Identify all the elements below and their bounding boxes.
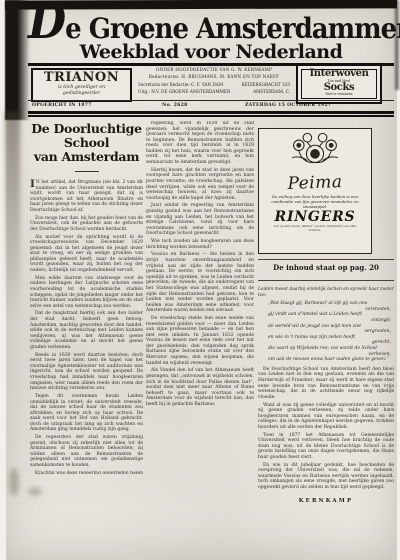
- paragraph: De Doorluchtige School van Amsterdam hee…: [258, 367, 394, 400]
- article-column-1: De Doorluchtige School van Amsterdam IN …: [30, 122, 143, 474]
- founded-label: OPGERICHT IN 1877: [32, 103, 92, 108]
- paragraph: Als motief voor de oprichting wordt in d…: [30, 235, 143, 274]
- interwoven-ad-brand: Interwoven: [298, 69, 380, 79]
- paragraph: Toen in 1877 het Athenaeum tot Gemeentel…: [258, 433, 394, 461]
- secretary-line: Secretaris der Redactie: C. F. VAN DAM K…: [137, 83, 291, 87]
- paragraph: Tegen dit voornemen kwam Leiden onmiddel…: [30, 394, 143, 433]
- trianon-ad-tagline: is tóch gezelliger en gedistingeerder: [33, 85, 130, 96]
- paragraph: De vroedschap stelde hun eene wedde van …: [146, 316, 254, 366]
- contents-note: De inhoud staat op pag. 20: [258, 263, 394, 272]
- article-column-3: Leiden moest daarbij eindelijk lachen en…: [258, 287, 394, 504]
- article-column-2: regeering, werd in 1630 uit de stad gewe…: [146, 121, 254, 461]
- masthead-title: De Groene Amsterdammer: [28, 9, 394, 46]
- paragraph: Wie toch zouden als hoogleeraren aan dez…: [146, 239, 254, 250]
- trianon-ad-title: TRIANON: [33, 71, 130, 85]
- secretary-name: Secretaris der Redactie: C. F. VAN DAM: [138, 83, 223, 87]
- paragraph: Krachtig was deze regeering opgetreden t…: [30, 471, 143, 474]
- contents-rule-bottom: [258, 280, 394, 281]
- paragraph: Vossius en Barlaeus — die beiden in den …: [146, 252, 254, 313]
- interwoven-ad-slogan: Niet te evenaren: [298, 92, 380, 96]
- verse-block: „Wat klaagt gij, Barlaeus? al zijt gij v…: [258, 301, 394, 363]
- ringers-ad-footnote: Let op den naam „Peima” op den onderkant…: [259, 224, 371, 232]
- issue-number: No. 2628: [162, 103, 188, 108]
- office-address: KEIZERSGRACHT 333: [242, 83, 290, 87]
- paragraph: Zoo moge hier dan, bij het gouden feest …: [30, 216, 143, 233]
- info-bar: OPGERICHT IN 1877 No. 2628 ZATERDAG 15 O…: [30, 101, 392, 110]
- headline-divider: [75, 171, 99, 172]
- scan-smudge: [28, 487, 42, 496]
- scan-left-shadow: [5, 0, 30, 120]
- contents-rule-top: [258, 259, 394, 260]
- paragraph: Men wilde daarom van stadswege voor de o…: [30, 276, 143, 309]
- paragraph: IN het artikel, dat Brugmans (zie blz. 2…: [30, 180, 143, 213]
- ringers-ad-body: De vulling van deze heerlijke bonbon is …: [259, 192, 371, 209]
- info-bar-rule-bottom-a: [28, 111, 394, 114]
- publisher-name: Uitg.: N.V. DE GROENE AMSTERDAMMER: [138, 90, 230, 94]
- publisher-line: Uitg.: N.V. DE GROENE AMSTERDAMMER AMSTE…: [137, 90, 291, 94]
- scan-left-smudge: [5, 112, 20, 322]
- article-title-line1: De Doorluchtige School: [30, 122, 143, 150]
- verse-line: om aan de nieuwe eeuw haar ouden glans t…: [268, 357, 391, 363]
- interwoven-ad-box: Interwoven Toe and Heel Socks Niet te ev…: [296, 64, 382, 104]
- ringers-brand-name: RINGERS: [259, 210, 371, 224]
- paragraph: Want al was zij geene volledige universi…: [258, 403, 394, 431]
- masthead-subtitle: Weekblad voor Nederland: [28, 41, 394, 63]
- ringers-product-name: Peima: [259, 173, 372, 194]
- interwoven-ad-product: Socks: [298, 83, 380, 92]
- chief-editor-line: ONDER HOOFDREDACTIE VAN G. W. KERNKAMP: [137, 68, 291, 72]
- ringers-ad-box: Peima De vulling van deze heerlijke bonb…: [258, 128, 372, 254]
- verse-line: die vaart op Wijsheids ree; zoo wordt de…: [268, 346, 391, 352]
- editors-line: Redacteuren: H. BRUGMANS, M. KANN EN TOP…: [137, 75, 291, 79]
- paragraph: Dat de magistraat hierbij ook aan den lu…: [30, 311, 143, 350]
- verse-intro: Leiden moest daarbij eindelijk lachen en…: [258, 287, 394, 298]
- editorial-masthead-info: ONDER HOOFDREDACTIE VAN G. W. KERNKAMP R…: [137, 68, 291, 98]
- info-bar-rule-bottom-b: [28, 115, 394, 117]
- paragraph: Hierbij kwam, dat de stad in deze jaren …: [146, 168, 254, 201]
- issue-date: ZATERDAG 15 OCTOBER 1927: [245, 103, 331, 108]
- scan-smudge: [9, 468, 19, 496]
- paragraph: De regeerders der stad waren vrijzinnig …: [30, 435, 143, 468]
- paragraph: Juist omdat de regeering van Amsterdam g…: [146, 203, 254, 236]
- paragraph: regeering, werd in 1630 uit de stad gewe…: [146, 121, 254, 166]
- bonbon-flowers-illustration: [286, 131, 344, 171]
- article-body-col1: IN het artikel, dat Brugmans (zie blz. 2…: [30, 180, 143, 474]
- article-title-line2: van Amsterdam: [30, 150, 143, 164]
- trianon-ad-box: TRIANON is tóch gezelliger en gedistinge…: [31, 68, 132, 102]
- publisher-city: AMSTERDAM, C.: [253, 90, 290, 94]
- paragraph: En wie in dit jubeljaar gedenkt, hoe bes…: [258, 463, 394, 491]
- paragraph: Reeds in 1630 werd daartoe besloten; doc…: [30, 353, 143, 392]
- paragraph: Als Vondel den lof van het Athenaeum hee…: [146, 368, 254, 407]
- author-signature: KERNKAMP: [258, 498, 394, 505]
- newspaper-page: De Groene Amsterdammer Weekblad voor Ned…: [0, 0, 400, 560]
